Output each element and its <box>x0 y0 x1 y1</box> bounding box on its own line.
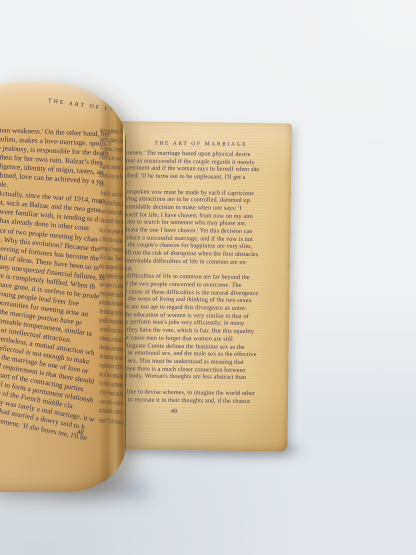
right-page-running-header: · THE ART OF MARRIAGE <box>114 140 282 148</box>
curl-text-line: agement: 'If she bores me, I'll be <box>99 414 122 425</box>
photo-of-open-book: · THE ART OF MARRIAGE her women.' The ma… <box>0 0 416 555</box>
curl-showthrough-text: uman weakness.' On the other hand, herha… <box>99 125 126 426</box>
left-page-curled-edge: uman weakness.' On the other hand, herha… <box>99 82 126 492</box>
left-page: THE ART OF LIVING uman weakness.' On the… <box>0 82 126 492</box>
left-page-number: 48 <box>76 428 84 436</box>
right-page: · THE ART OF MARRIAGE her women.' The ma… <box>103 121 292 452</box>
right-page-text-block: her women.' The marriage based upon phys… <box>110 150 284 407</box>
